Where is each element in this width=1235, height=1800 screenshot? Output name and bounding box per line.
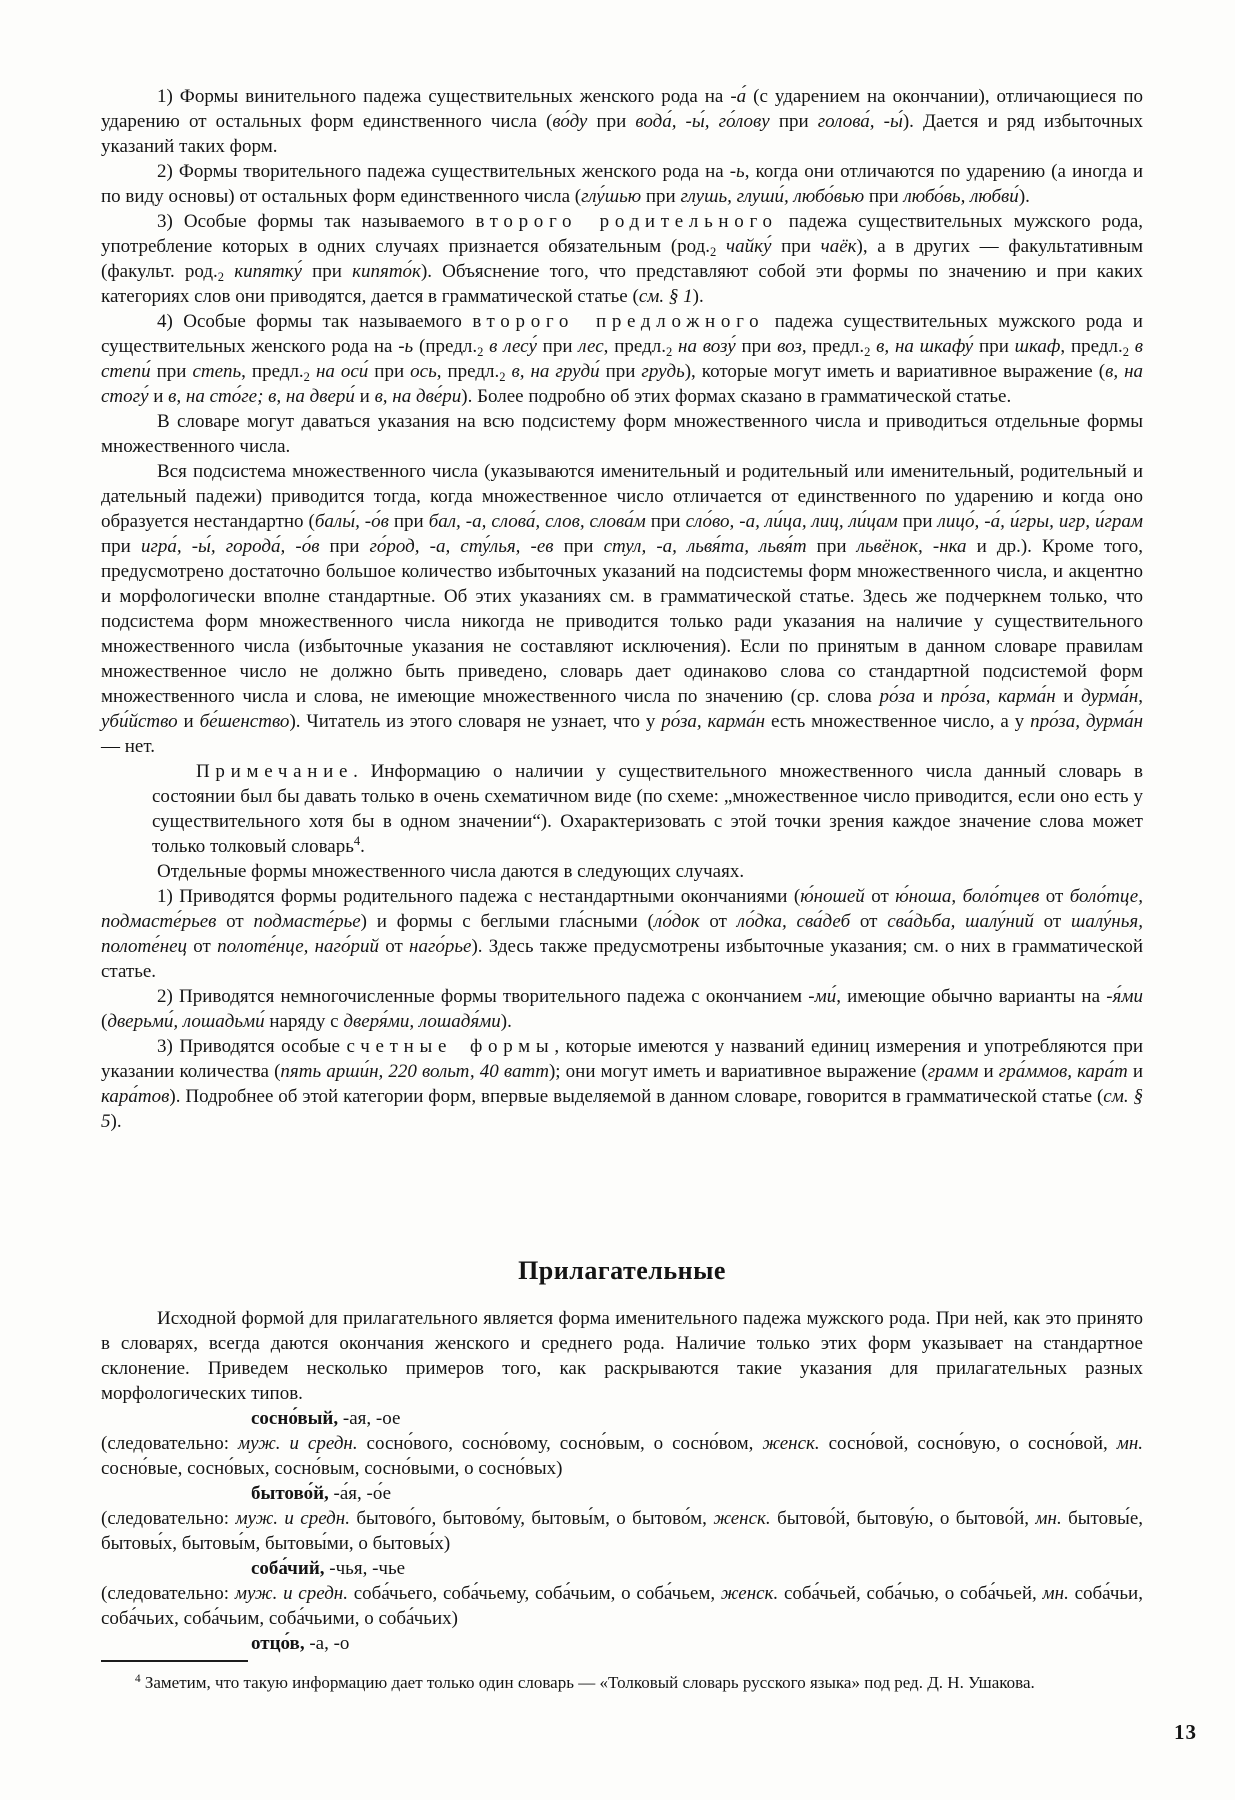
text-run: при	[864, 186, 903, 207]
italic-text: любо́вь, любви́	[903, 186, 1018, 207]
text-run: ,	[951, 886, 962, 907]
italic-text: голова́, -ы́	[818, 111, 903, 132]
italic-text: мн.	[1117, 1433, 1143, 1454]
text-run: сосно́вые, сосно́вых, сосно́вым, сосно́в…	[101, 1458, 562, 1479]
text-run: ).	[501, 1011, 512, 1032]
italic-text: гра́ммов, кара́т	[999, 1061, 1128, 1082]
text-run: при	[736, 336, 777, 357]
text-run: при	[319, 536, 369, 557]
text-run: Отдельные формы множественного числа даю…	[157, 861, 744, 882]
paragraph: 2) Приводятся немногочисленные формы тво…	[101, 984, 1143, 1034]
text-run: и др.). Кроме того, предусмотрено достат…	[101, 536, 1143, 707]
text-run: (следовательно:	[101, 1583, 235, 1604]
text-run: В словаре могут даваться указания на всю…	[101, 411, 1143, 457]
text-run: при	[368, 361, 410, 382]
text-run: и	[915, 686, 940, 707]
page-number: 13	[1174, 1720, 1197, 1745]
text-run: от	[850, 911, 887, 932]
text-run: , предл.	[604, 336, 666, 357]
italic-text: грудь	[641, 361, 684, 382]
text-run: — нет.	[101, 736, 155, 757]
document-page: 1) Формы винительного падежа существител…	[0, 0, 1235, 1800]
italic-text: львёнок, -нка	[857, 536, 967, 557]
italic-text: степь	[192, 361, 241, 382]
italic-text: шкаф	[1015, 336, 1061, 357]
text-run: от	[379, 936, 409, 957]
italic-text: -ми́	[808, 986, 836, 1007]
text-run: ). Подробнее об этой категории форм, впе…	[169, 1086, 1103, 1107]
entry-gloss: (следовательно: муж. и средн. бытово́го,…	[101, 1506, 1143, 1556]
paragraph: 3) Приводятся особые счетные формы, кото…	[101, 1034, 1143, 1134]
bold-text: соба́чий,	[251, 1558, 325, 1579]
text-run: при	[646, 511, 686, 532]
italic-text: глушь, глуши́, любо́вью	[680, 186, 864, 207]
entry-headword: сосно́вый, -ая, -ое	[251, 1406, 1143, 1431]
text-run: при	[587, 111, 635, 132]
bold-text: сосно́вый,	[251, 1408, 338, 1429]
text-run: и	[1128, 1061, 1143, 1082]
italic-text: лицо́, -а́, и́гры, игр, и́грам	[938, 511, 1144, 532]
text-run: при	[101, 536, 141, 557]
text-run: от	[1034, 911, 1071, 932]
text-run: 3) Приводятся особые	[157, 1036, 346, 1057]
text-run: 4) Особые формы так называемого	[157, 311, 472, 332]
italic-text: наго́рье	[409, 936, 471, 957]
italic-text: дверя́ми, лошадя́ми	[343, 1011, 500, 1032]
italic-text: уби́йство	[101, 711, 178, 732]
italic-text: кипято́к	[352, 261, 421, 282]
text-run: бытово́го, бытово́му, бытовы́м, о бытово…	[350, 1508, 713, 1529]
italic-text: в, на груди́	[512, 361, 600, 382]
text-run: и	[149, 386, 169, 407]
text-run: и	[978, 1061, 998, 1082]
text-run: (следовательно:	[101, 1508, 235, 1529]
text-run: , предл.	[437, 361, 500, 382]
text-run: от	[216, 911, 253, 932]
paragraph: 2) Формы творительного падежа существите…	[101, 159, 1143, 209]
italic-text: -ь	[398, 336, 413, 357]
italic-text: полоте́нце, наго́рий	[217, 936, 379, 957]
text-run: ).	[111, 1111, 122, 1132]
italic-text: стул, -а, львя́та, львя́т	[604, 536, 807, 557]
italic-text: кара́тов	[101, 1086, 169, 1107]
italic-text: про́за	[941, 686, 986, 707]
italic-text: ро́за	[879, 686, 915, 707]
text-run: при	[641, 186, 680, 207]
text-run: ) и формы с беглыми гла́сными (	[361, 911, 654, 932]
text-run: -а́я, -о́е	[329, 1483, 391, 1504]
text-run: при	[600, 361, 642, 382]
italic-text: женск.	[713, 1508, 770, 1529]
italic-text: балы́, -о́в	[315, 511, 389, 532]
paragraph: 4) Особые формы так называемого второго …	[101, 309, 1143, 409]
italic-text: на оси́	[316, 361, 368, 382]
italic-text: боло́тцев	[963, 886, 1040, 907]
spaced-emphasis: счетные формы	[346, 1036, 554, 1057]
italic-text: см. § 1	[639, 286, 693, 307]
footnote-text: 4 Заметим, что такую информацию дает тол…	[101, 1672, 1143, 1694]
italic-text: женск.	[762, 1433, 819, 1454]
entry-headword: соба́чий, -чья, -чье	[251, 1556, 1143, 1581]
paragraph: Вся подсистема множественного числа (ука…	[101, 459, 1143, 759]
italic-text: подмасте́рье	[254, 911, 361, 932]
entry-headword: отцо́в, -а, -о	[251, 1631, 1143, 1656]
italic-text: го́род, -а, сту́лья, -ев	[370, 536, 554, 557]
text-run: -ая, -ое	[338, 1408, 400, 1429]
text-run: ). Читатель из этого словаря не узнает, …	[289, 711, 661, 732]
italic-text: сло́во, -а, ли́ца, лиц, ли́цам	[686, 511, 898, 532]
paragraph: Исходной формой для прилагательного явля…	[101, 1306, 1143, 1406]
text-run: от	[700, 911, 737, 932]
italic-text: -а́	[730, 86, 746, 107]
text-run: ).	[1019, 186, 1030, 207]
text-run: от	[865, 886, 895, 907]
text-run: и	[178, 711, 200, 732]
text-run: (следовательно:	[101, 1433, 238, 1454]
adjective-section: Прилагательные Исходной формой для прила…	[101, 1256, 1143, 1656]
bold-text: отцо́в,	[251, 1633, 305, 1654]
text-run: , предл.	[241, 361, 304, 382]
text-run: наряду с	[265, 1011, 344, 1032]
spaced-emphasis: Примечание	[196, 761, 353, 782]
italic-text: -я́ми	[1106, 986, 1143, 1007]
text-run: -а, -о	[305, 1633, 350, 1654]
text-run: соба́чьей, соба́чью, о соба́чьей,	[778, 1583, 1042, 1604]
italic-text: женск.	[721, 1583, 778, 1604]
text-run: ); они могут иметь и вариативное выражен…	[549, 1061, 928, 1082]
italic-text: чайку́	[726, 236, 771, 257]
spaced-emphasis: второго предложного	[472, 311, 764, 332]
italic-text: игра́, -ы́, города́, -о́в	[141, 536, 320, 557]
italic-text: бал, -а, слова́, слов, слова́м	[429, 511, 646, 532]
text-run: при	[770, 111, 818, 132]
italic-text: дверьми́, лошадьми́	[107, 1011, 264, 1032]
text-run: 1) Приводятся формы родительного падежа …	[157, 886, 800, 907]
italic-text: глу́шью	[581, 186, 641, 207]
italic-text: грамм	[928, 1061, 979, 1082]
italic-text: -ь	[730, 161, 745, 182]
italic-text: в лесу́	[489, 336, 537, 357]
adjective-section-body: Исходной формой для прилагательного явля…	[101, 1306, 1143, 1656]
paragraph: Отдельные формы множественного числа даю…	[101, 859, 1143, 884]
footnote-divider	[101, 1660, 248, 1662]
text-run	[716, 236, 726, 257]
text-run: от	[1039, 886, 1069, 907]
spaced-emphasis: второго родительного	[475, 211, 777, 232]
paragraph: В словаре могут даваться указания на всю…	[101, 409, 1143, 459]
text-run: , предл.	[1060, 336, 1122, 357]
italic-text: во́ду	[552, 111, 587, 132]
text-run: ,	[986, 686, 998, 707]
text-run: и	[1056, 686, 1081, 707]
italic-text: про́за, дурма́н	[1030, 711, 1143, 732]
text-run: соба́чьего, соба́чьему, соба́чьим, о соб…	[348, 1583, 721, 1604]
text-run: ). Более подробно об этих формах сказано…	[461, 386, 1011, 407]
italic-text: муж. и средн.	[235, 1583, 348, 1604]
text-run: ), которые могут иметь и вариативное выр…	[685, 361, 1105, 382]
paragraph: 3) Особые формы так называемого второго …	[101, 209, 1143, 309]
text-run	[224, 261, 234, 282]
italic-text: в, на шкафу́	[876, 336, 973, 357]
text-run: от	[187, 936, 217, 957]
text-run: 2) Приводятся немногочисленные формы тво…	[157, 986, 808, 1007]
subscript-index: 2	[499, 370, 505, 384]
text-run: 3) Особые формы так называемого	[157, 211, 475, 232]
italic-text: сва́дьба, шалу́ний	[887, 911, 1034, 932]
text-run: , имеющие обычно варианты на	[836, 986, 1106, 1007]
italic-text: муж. и средн.	[238, 1433, 358, 1454]
text-run: при	[771, 236, 820, 257]
section-heading: Прилагательные	[101, 1256, 1143, 1286]
italic-text: вода́, -ы́, го́лову	[635, 111, 769, 132]
text-run: при	[537, 336, 578, 357]
text-run: ,	[1138, 686, 1143, 707]
text-run: .	[360, 836, 365, 857]
text-run: есть множественное число, а у	[765, 711, 1030, 732]
text-run: 2) Формы творительного падежа существите…	[157, 161, 730, 182]
italic-text: воз	[777, 336, 802, 357]
main-text: 1) Формы винительного падежа существител…	[101, 84, 1143, 1134]
italic-text: ю́ношей	[800, 886, 865, 907]
italic-text: чаёк	[821, 236, 857, 257]
text-run: (предл.	[413, 336, 477, 357]
paragraph: 1) Приводятся формы родительного падежа …	[101, 884, 1143, 984]
italic-text: пять арши́н, 220 вольт, 40 ватт	[280, 1061, 549, 1082]
footnote-block: 4 Заметим, что такую информацию дает тол…	[101, 1660, 1143, 1694]
italic-text: ось	[410, 361, 437, 382]
italic-text: мн.	[1043, 1583, 1069, 1604]
italic-text: ю́ноша	[895, 886, 951, 907]
italic-text: в, на сто́ге; в, на двери́	[168, 386, 355, 407]
entry-gloss: (следовательно: муж. и средн. сосно́вого…	[101, 1431, 1143, 1481]
italic-text: лес	[578, 336, 603, 357]
italic-text: кипятку́	[234, 261, 302, 282]
text-run: , предл.	[802, 336, 864, 357]
text-run: при	[151, 361, 193, 382]
text-run: и	[355, 386, 375, 407]
italic-text: ро́за, карма́н	[661, 711, 765, 732]
italic-text: мн.	[1035, 1508, 1061, 1529]
entry-gloss: (следовательно: муж. и средн. соба́чьего…	[101, 1581, 1143, 1631]
bold-text: бытово́й,	[251, 1483, 329, 1504]
italic-text: в, на две́ри	[375, 386, 462, 407]
italic-text: бе́шенство	[200, 711, 290, 732]
subscript-index: 2	[304, 370, 310, 384]
text-run: 1) Формы винительного падежа существител…	[157, 86, 730, 107]
text-run: при	[807, 536, 857, 557]
italic-text: ло́дка, сва́деб	[737, 911, 850, 932]
text-run: при	[302, 261, 352, 282]
italic-text: дурма́н	[1081, 686, 1138, 707]
text-run: Заметим, что такую информацию дает тольк…	[141, 1673, 1035, 1692]
entry-headword: бытово́й, -а́я, -о́е	[251, 1481, 1143, 1506]
text-run: при	[973, 336, 1014, 357]
italic-text: карма́н	[998, 686, 1056, 707]
italic-text: ло́док	[654, 911, 700, 932]
text-run: сосно́вой, сосно́вую, о сосно́вой,	[820, 1433, 1117, 1454]
text-run: при	[554, 536, 604, 557]
text-run: при	[898, 511, 938, 532]
italic-text: муж. и средн.	[235, 1508, 349, 1529]
text-run: сосно́вого, сосно́вому, сосно́вым, о сос…	[358, 1433, 763, 1454]
note-paragraph: Примечание. Информацию о наличии у сущес…	[152, 759, 1143, 859]
text-run: -чья, -чье	[325, 1558, 406, 1579]
paragraph: 1) Формы винительного падежа существител…	[101, 84, 1143, 159]
text-run: при	[389, 511, 429, 532]
text-run: ).	[693, 286, 704, 307]
italic-text: на возу́	[678, 336, 736, 357]
text-run: Исходной формой для прилагательного явля…	[101, 1308, 1143, 1404]
text-run: бытово́й, бытову́ю, о бытово́й,	[771, 1508, 1036, 1529]
